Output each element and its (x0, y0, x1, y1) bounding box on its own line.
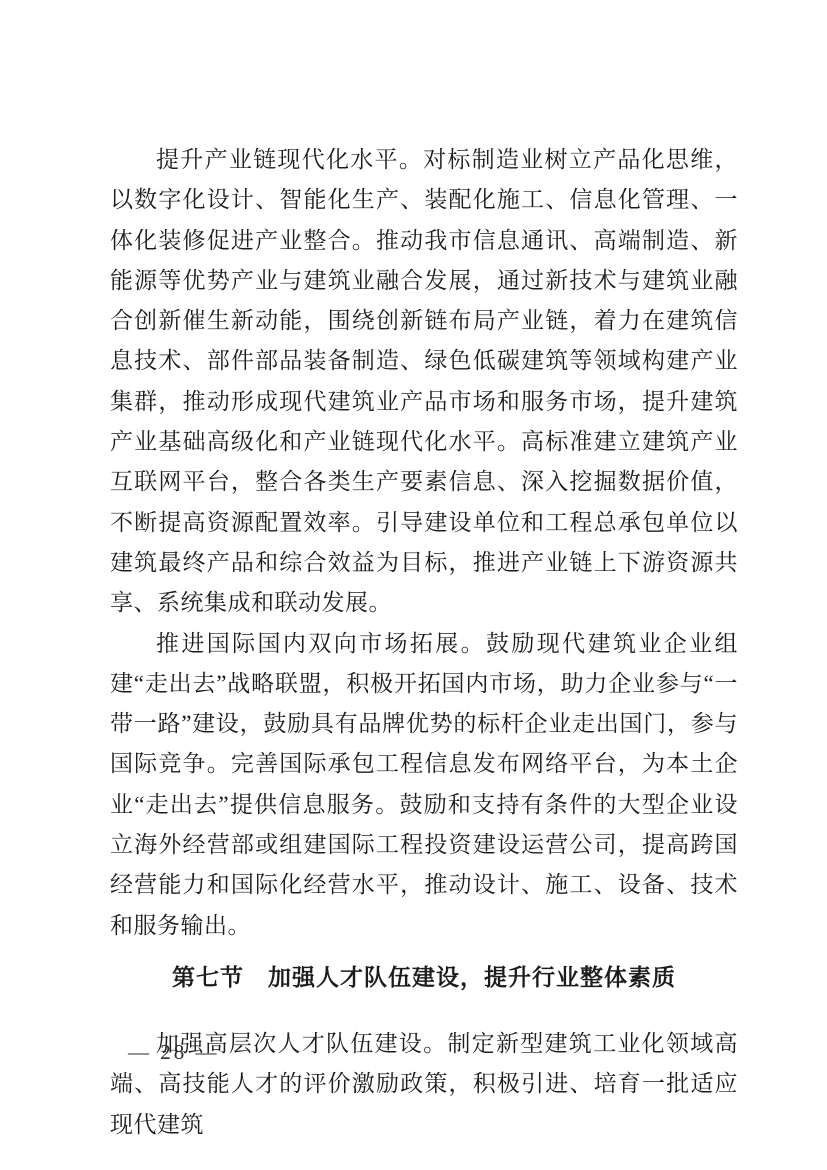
document-page: { "document": { "paragraphs": [ "提升产业链现代… (0, 0, 827, 1170)
page-number: — 28 — (128, 1040, 220, 1065)
paragraph-industry-chain-modernization: 提升产业链现代化水平。对标制造业树立产品化思维，以数字化设计、智能化生产、装配化… (110, 140, 738, 624)
page-body: 提升产业链现代化水平。对标制造业树立产品化思维，以数字化设计、智能化生产、装配化… (110, 140, 738, 1145)
section-heading: 第七节 加强人才队伍建设，提升行业整体素质 (110, 958, 738, 998)
page-background: 提升产业链现代化水平。对标制造业树立产品化思维，以数字化设计、智能化生产、装配化… (0, 0, 827, 1170)
paragraph-market-expansion: 推进国际国内双向市场拓展。鼓励现代建筑业企业组建“走出去”战略联盟，积极开拓国内… (110, 624, 738, 946)
